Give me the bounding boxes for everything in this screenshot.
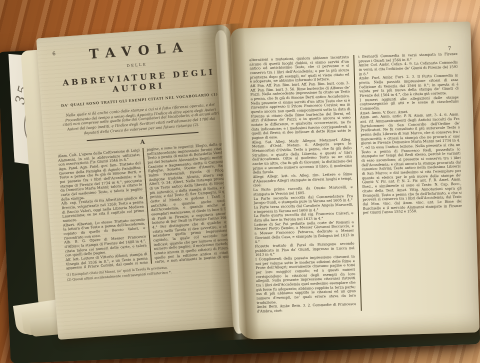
book-photo: 35 6 TAVOLA DELLE ABBREVIATURE DEGLI AUT… xyxy=(0,0,480,363)
right-page-content: 7 alterazioni o mutazioni, qualora abbia… xyxy=(249,48,465,329)
right-page-column-1: alterazioni o mutazioni, qualora abbiamo… xyxy=(249,55,356,314)
left-page-content: 6 TAVOLA DELLE ABBREVIATURE DEGLI AUTORI… xyxy=(50,31,242,333)
left-page-number: 6 xyxy=(52,51,56,57)
right-page-column-2: i Bernardi Commedia in versi stampata in… xyxy=(353,52,465,311)
right-page-columns: alterazioni o mutazioni, qualora abbiamo… xyxy=(249,52,465,314)
left-page-columns: Alam. Colt. L'opera della Coltivazione d… xyxy=(58,142,237,270)
right-column-1-text: alterazioni o mutazioni, qualora abbiamo… xyxy=(249,55,356,314)
left-column-1-text: Alam. Colt. L'opera della Coltivazione d… xyxy=(58,149,148,271)
right-column-2-text: i Bernardi Commedia in versi stampata in… xyxy=(358,52,462,215)
left-page-column-1: Alam. Colt. L'opera della Coltivazione d… xyxy=(58,149,148,271)
right-page: 7 alterazioni o mutazioni, qualora abbia… xyxy=(230,22,479,340)
